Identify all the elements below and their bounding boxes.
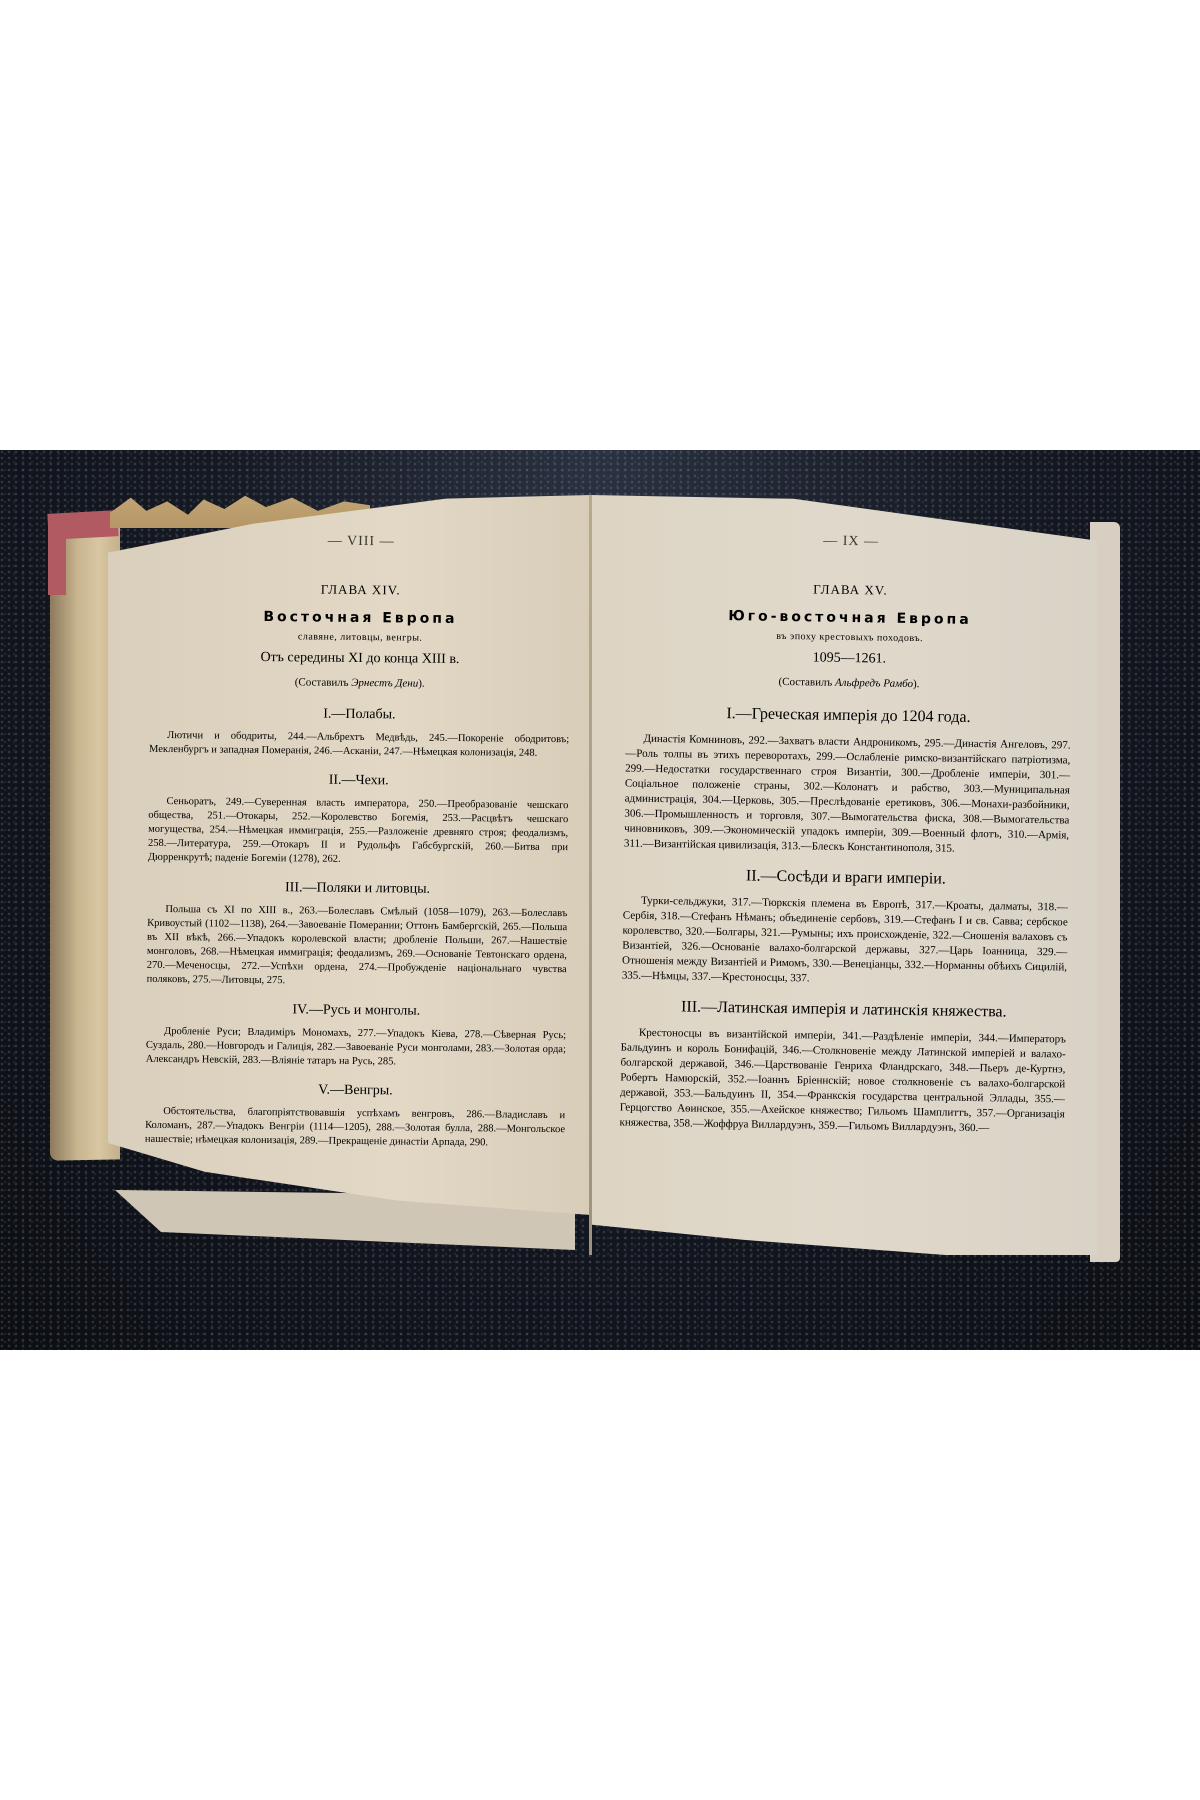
section-text: Крестоносцы въ византійской имперіи, 341…	[619, 1025, 1066, 1137]
compiler-suffix: ).	[913, 678, 920, 690]
section-heading: V.—Венгры.	[145, 1081, 565, 1101]
left-page-content: — VIII — ГЛАВА XIV. Восточная Европа сла…	[145, 532, 572, 1165]
book-photo: — VIII — ГЛАВА XIV. Восточная Европа сла…	[0, 450, 1200, 1350]
section-text: Сеньоратъ, 249.—Суверенная власть импера…	[148, 795, 569, 869]
chapter-subtitle: въ эпоху крестовыхъ походовъ.	[627, 629, 1072, 647]
section-heading: III.—Латинская имперія и латинскія княже…	[621, 997, 1066, 1022]
compiler-prefix: (Составилъ	[295, 676, 352, 689]
compiler-name: Эрнестъ Дени	[351, 677, 418, 690]
chapter-title: Юго-восточная Европа	[627, 607, 1072, 630]
section-text: Польша съ XI по XIII в., 263.—Болеславъ …	[147, 903, 568, 991]
book-gutter	[589, 495, 592, 1255]
chapter-period: 1095—1261.	[627, 648, 1072, 671]
section-text: Турки-сельджуки, 317.—Тюркскія племена в…	[622, 893, 1068, 990]
chapter-title: Восточная Европа	[150, 608, 570, 628]
section-heading: I.—Полабы.	[149, 705, 569, 725]
chapter-subtitle: славяне, литовцы, венгры.	[150, 630, 570, 645]
section-text: Династія Комниновъ, 292.—Захватъ власти …	[624, 732, 1071, 859]
compiler-credit: (Составилъ Альфредъ Рамбо).	[626, 674, 1071, 693]
section-heading: II.—Чехи.	[149, 771, 569, 791]
section-heading: II.—Сосѣди и враги имперіи.	[623, 866, 1068, 891]
section-text: Лютичи и ободриты, 244.—Альбрехтъ Медвѣд…	[149, 729, 569, 761]
compiler-name: Альфредъ Рамбо	[835, 677, 913, 690]
right-page-content: — IX — ГЛАВА XV. Юго-восточная Европа въ…	[619, 531, 1074, 1152]
section-heading: IV.—Русь и монголы.	[146, 1001, 566, 1021]
section-heading: I.—Греческая имперія до 1204 года.	[626, 704, 1071, 729]
section-text: Дробленіе Руси; Владиміръ Мономахъ, 277.…	[146, 1025, 566, 1071]
compiler-suffix: ).	[418, 678, 425, 690]
compiler-credit: (Составилъ Эрнестъ Дени).	[150, 675, 570, 691]
cover-red-spine	[48, 520, 66, 595]
page-number: — VIII —	[151, 532, 571, 552]
section-text: Обстоятельства, благопріятствовавшія усп…	[145, 1105, 565, 1151]
chapter-period: Отъ середины XI до конца XIII в.	[150, 649, 570, 669]
compiler-prefix: (Составилъ	[778, 676, 835, 689]
chapter-label: ГЛАВА XV.	[628, 579, 1073, 602]
chapter-label: ГЛАВА XIV.	[151, 580, 571, 600]
section-heading: III.—Поляки и литовцы.	[148, 879, 568, 899]
